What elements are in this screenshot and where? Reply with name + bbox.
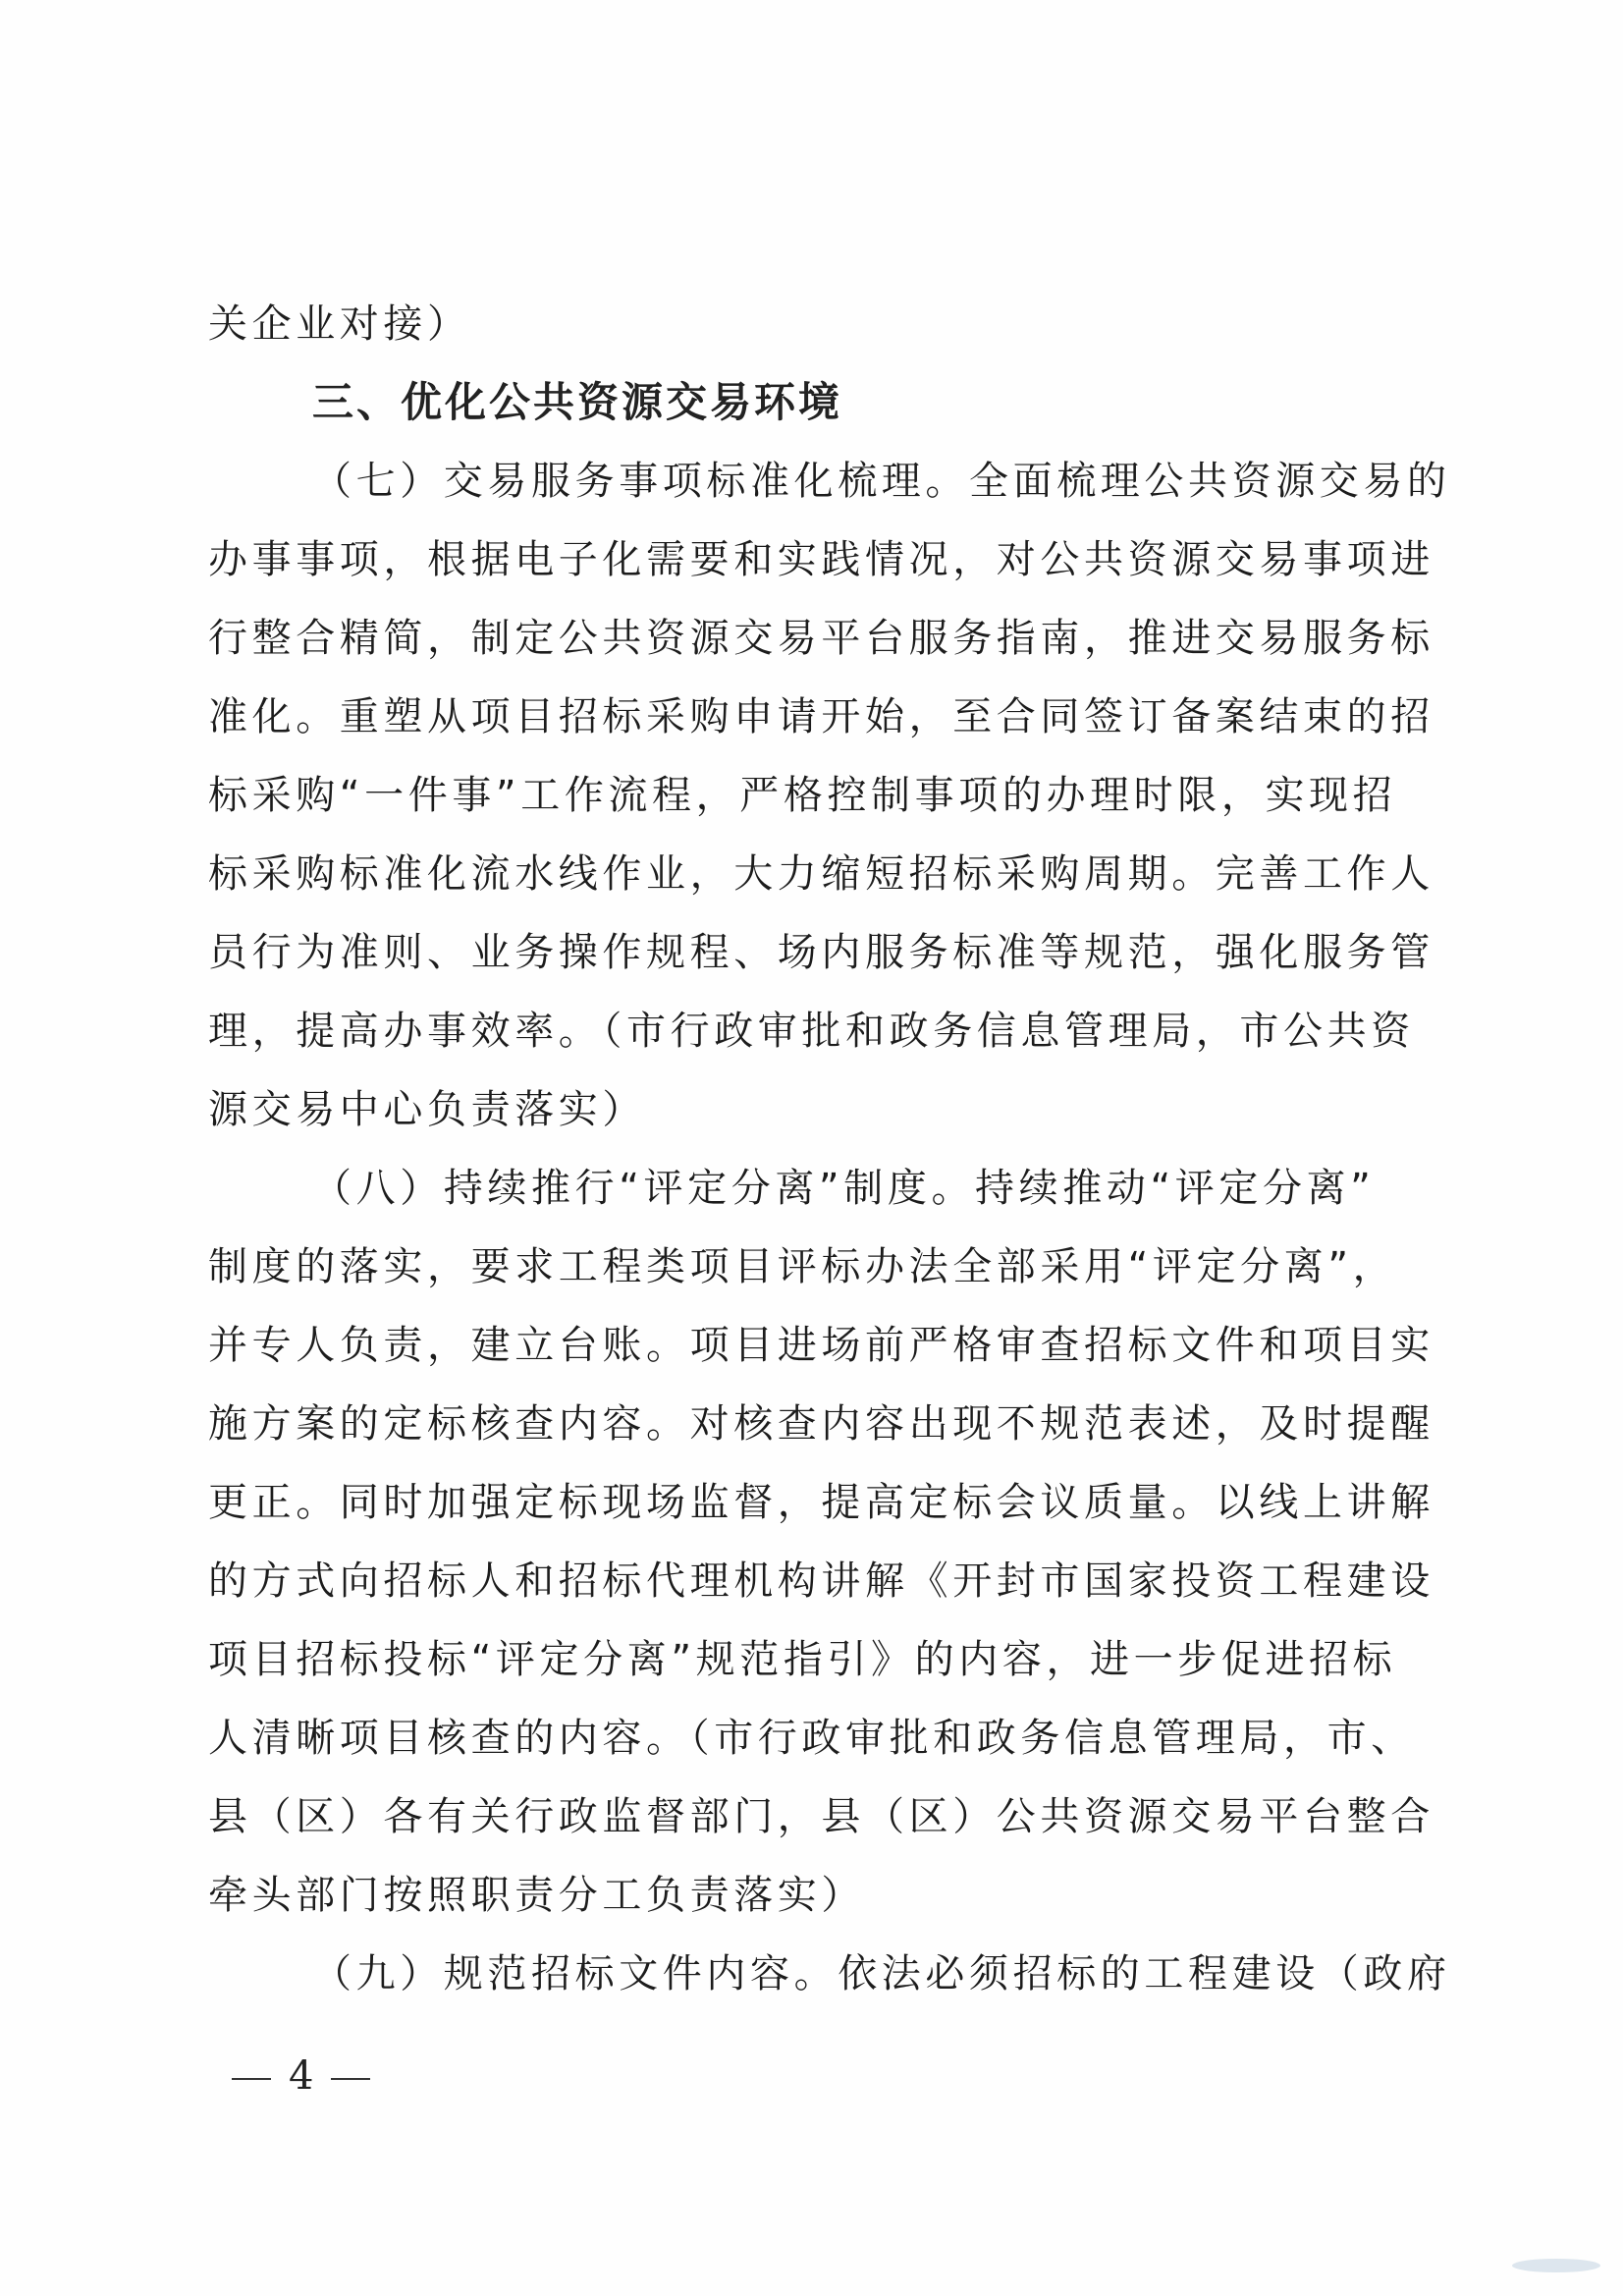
- page-number-value: 4: [289, 2053, 313, 2099]
- scan-artifact: [1512, 2259, 1600, 2272]
- paragraph-8-line-4: 施方案的定标核查内容。对核查内容出现不规范表述，及时提醒: [208, 1400, 1426, 1448]
- paragraph-8-line-6: 的方式向招标人和招标代理机构讲解《开封市国家投资工程建设: [208, 1558, 1426, 1605]
- dash-right-icon: [331, 2078, 370, 2080]
- paragraph-8-line-3: 并专人负责，建立台账。项目进场前严格审查招标文件和项目实: [208, 1322, 1426, 1369]
- page-number: 4: [214, 2052, 388, 2100]
- paragraph-7-line-5: 标采购“一件事”工作流程，严格控制事项的办理时限，实现招: [208, 772, 1426, 819]
- paragraph-8-line-1: （八）持续推行“评定分离”制度。持续推动“评定分离”: [312, 1165, 1530, 1212]
- paragraph-9-line-1: （九）规范招标文件内容。依法必须招标的工程建设（政府: [312, 1950, 1530, 1997]
- paragraph-7-line-4: 准化。重塑从项目招标采购申请开始，至合同签订备案结束的招: [208, 693, 1426, 740]
- paragraph-7-line-1: （七）交易服务事项标准化梳理。全面梳理公共资源交易的: [312, 458, 1530, 505]
- paragraph-8-line-9: 县（区）各有关行政监督部门，县（区）公共资源交易平台整合: [208, 1793, 1426, 1840]
- document-page: 关企业对接） 三、优化公共资源交易环境 （七）交易服务事项标准化梳理。全面梳理公…: [0, 0, 1623, 2296]
- paragraph-7-line-7: 员行为准则、业务操作规程、场内服务标准等规范，强化服务管: [208, 929, 1426, 976]
- paragraph-7-line-6: 标采购标准化流水线作业，大力缩短招标采购周期。完善工作人: [208, 850, 1426, 898]
- paragraph-8-line-5: 更正。同时加强定标现场监督，提高定标会议质量。以线上讲解: [208, 1479, 1426, 1526]
- section-heading: 三、优化公共资源交易环境: [312, 379, 1530, 426]
- continuation-line: 关企业对接）: [208, 301, 1426, 348]
- paragraph-7-line-9: 源交易中心负责落实）: [208, 1086, 1426, 1133]
- paragraph-8-line-7: 项目招标投标“评定分离”规范指引》的内容，进一步促进招标: [208, 1636, 1426, 1683]
- paragraph-7-line-2: 办事事项，根据电子化需要和实践情况，对公共资源交易事项进: [208, 536, 1426, 583]
- dash-left-icon: [232, 2078, 271, 2080]
- paragraph-8-line-10: 牵头部门按照职责分工负责落实）: [208, 1872, 1426, 1919]
- paragraph-8-line-8: 人清晰项目核查的内容。（市行政审批和政务信息管理局，市、: [208, 1715, 1426, 1762]
- paragraph-7-line-3: 行整合精简，制定公共资源交易平台服务指南，推进交易服务标: [208, 615, 1426, 662]
- paragraph-8-line-2: 制度的落实，要求工程类项目评标办法全部采用“评定分离”，: [208, 1243, 1426, 1290]
- paragraph-7-line-8: 理，提高办事效率。（市行政审批和政务信息管理局，市公共资: [208, 1008, 1426, 1055]
